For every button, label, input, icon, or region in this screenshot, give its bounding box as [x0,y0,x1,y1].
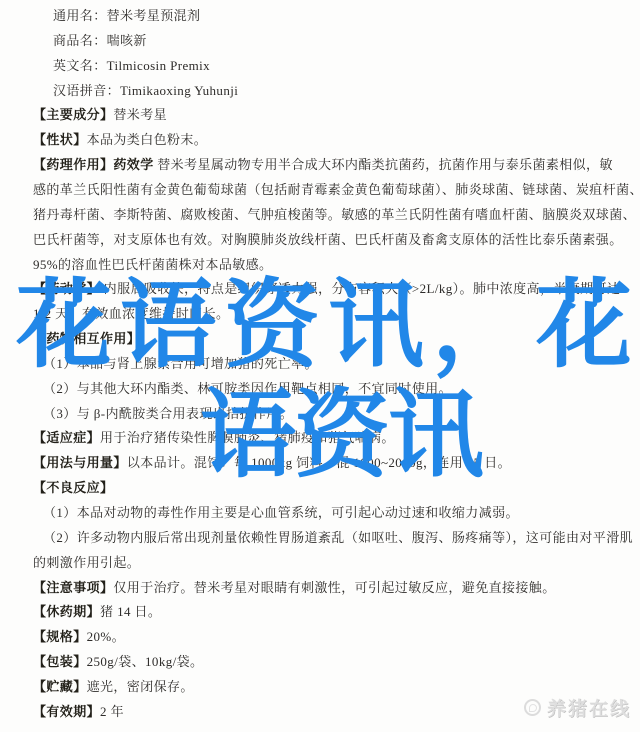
doc-line: 【规格】20%。 [33,629,125,645]
doc-line-text: 猪 14 日。 [100,604,161,619]
doc-line-text: 仅用于治疗。替米考星对眼睛有刺激性，可引起过敏反应，避免直接接触。 [113,580,555,595]
site-logo: 养猪在线 [524,694,631,721]
doc-line: 【包装】250g/袋、10kg/袋。 [33,654,203,670]
doc-line-label: 【不良反应】 [33,480,113,495]
doc-line-text: （2）许多动物内服后常出现剂量依赖性胃肠道紊乱（如呕吐、腹泻、肠疼痛等），这可能… [43,530,633,545]
doc-line-label: 【主要成分】 [33,107,113,122]
doc-line: 【贮藏】遮光，密闭保存。 [33,679,194,695]
watermark-line-1: 花语资讯，花 [16,278,640,374]
doc-line-text: 商品名：喘咳新 [53,33,147,48]
doc-line: 【有效期】2 年 [33,704,124,720]
doc-line-text: 感的革兰氏阳性菌有金黄色葡萄球菌（包括耐青霉素金黄色葡萄球菌）、肺炎球菌、链球菌… [33,182,640,197]
doc-line-text: 替米考星 [113,107,167,122]
doc-line: 的刺激作用引起。 [33,555,140,571]
doc-line-text: 巴氏杆菌等，对支原体也有效。对胸膜肺炎放线杆菌、巴氏杆菌及畜禽支原体的活性比泰乐… [33,232,623,247]
doc-line-text: 通用名：替米考星预混剂 [53,8,200,23]
doc-line-text: （1）本品对动物的毒性作用主要是心血管系统，可引起心动过速和收缩力减弱。 [43,505,519,520]
doc-line-text: 250g/袋、10kg/袋。 [87,654,204,669]
doc-line: 猪丹毒杆菌、李斯特菌、腐败梭菌、气肿疽梭菌等。敏感的革兰氏阴性菌有嗜血杆菌、脑膜… [33,207,636,223]
doc-line: 95%的溶血性巴氏杆菌菌株对本品敏感。 [33,257,272,273]
doc-line-text: 20%。 [87,629,125,644]
doc-line-text: 英文名：Tilmicosin Premix [53,58,210,73]
doc-line: 英文名：Tilmicosin Premix [53,58,210,74]
doc-line: 商品名：喘咳新 [53,33,147,49]
doc-line-label: 药效学 [113,157,153,172]
watermark-line-2: 语资讯 [200,388,482,484]
doc-line: 【注意事项】仅用于治疗。替米考星对眼睛有刺激性，可引起过敏反应，避免直接接触。 [33,580,556,596]
doc-line-text: 遮光，密闭保存。 [87,679,194,694]
doc-line-text: 95%的溶血性巴氏杆菌菌株对本品敏感。 [33,257,272,272]
doc-line-label: 【适应症】 [33,430,100,445]
doc-line-label: 【药理作用】 [33,157,113,172]
doc-line-label: 【性状】 [33,132,87,147]
doc-line-text: 的刺激作用引起。 [33,555,140,570]
doc-line-label: 【休药期】 [33,604,100,619]
doc-line: 【药理作用】药效学 替米考星属动物专用半合成大环内酯类抗菌药，抗菌作用与泰乐菌素… [33,157,613,173]
doc-line: 【休药期】猪 14 日。 [33,604,161,620]
doc-line-label: 【包装】 [33,654,87,669]
doc-line-text: 替米考星属动物专用半合成大环内酯类抗菌药，抗菌作用与泰乐菌素相似，敏 [154,157,613,172]
doc-line: 汉语拼音：Timikaoxing Yuhunji [53,83,238,99]
doc-line-text: 2 年 [100,704,124,719]
doc-line: 通用名：替米考星预混剂 [53,8,200,24]
doc-line-text: 汉语拼音：Timikaoxing Yuhunji [53,83,238,98]
doc-line: 【主要成分】替米考星 [33,107,167,123]
doc-line-label: 【用法与用量】 [33,455,127,470]
doc-line-label: 【有效期】 [33,704,100,719]
doc-line: 【不良反应】 [33,480,113,496]
pig-logo-icon [524,699,541,716]
doc-line-label: 【规格】 [33,629,87,644]
doc-line: （1）本品对动物的毒性作用主要是心血管系统，可引起心动过速和收缩力减弱。 [43,505,519,521]
doc-line: 【性状】本品为类白色粉末。 [33,132,207,148]
doc-line: （2）许多动物内服后常出现剂量依赖性胃肠道紊乱（如呕吐、腹泻、肠疼痛等），这可能… [43,530,633,546]
drug-leaflet-page: 通用名：替米考星预混剂商品名：喘咳新英文名：Tilmicosin Premix汉… [0,0,640,732]
doc-line-text: 本品为类白色粉末。 [87,132,208,147]
site-logo-text: 养猪在线 [547,694,631,721]
doc-line-text: 猪丹毒杆菌、李斯特菌、腐败梭菌、气肿疽梭菌等。敏感的革兰氏阴性菌有嗜血杆菌、脑膜… [33,207,636,222]
doc-line-label: 【贮藏】 [33,679,87,694]
doc-line-label: 【注意事项】 [33,580,113,595]
doc-line: 巴氏杆菌等，对支原体也有效。对胸膜肺炎放线杆菌、巴氏杆菌及畜禽支原体的活性比泰乐… [33,232,623,248]
doc-line: 感的革兰氏阳性菌有金黄色葡萄球菌（包括耐青霉素金黄色葡萄球菌）、肺炎球菌、链球菌… [33,182,640,198]
